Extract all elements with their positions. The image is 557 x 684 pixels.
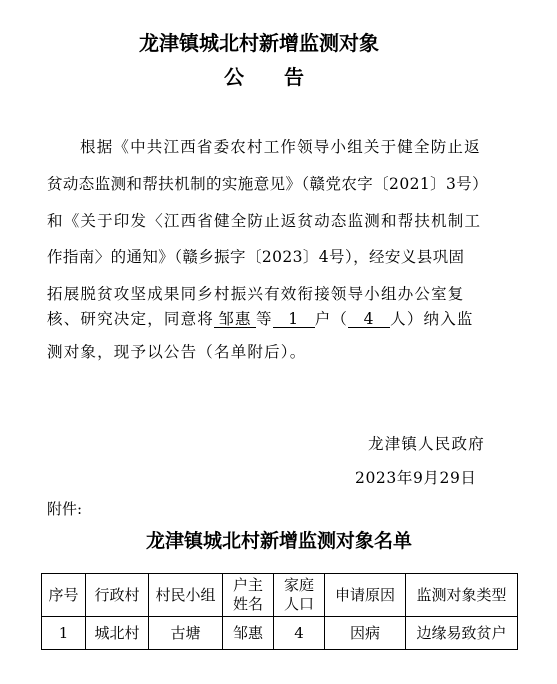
body-line-5: 拓展脱贫攻坚成果同乡村振兴有效衔接领导小组办公室复: [47, 282, 465, 304]
body-line-2: 贫动态监测和帮扶机制的实施意见》（赣党农字〔2021〕3号）: [47, 172, 488, 194]
cell-index: 1: [42, 617, 86, 650]
line6-suffix: 人）纳入监: [390, 310, 474, 328]
line6-mid2: 户（: [315, 310, 348, 328]
header-reason: 申请原因: [325, 574, 406, 617]
body-line-7: 测对象，现予以公告（名单附后）。: [47, 340, 306, 362]
cell-reason: 因病: [325, 617, 406, 650]
people-count: 4: [348, 311, 390, 328]
header-family-line2: 人口: [274, 595, 324, 614]
line6-prefix: 核、研究决定，同意将: [47, 310, 214, 328]
header-index: 序号: [42, 574, 86, 617]
cell-type: 边缘易致贫户: [406, 617, 518, 650]
notice-subtitle-gong: 公: [224, 61, 244, 90]
cell-village: 城北村: [86, 617, 149, 650]
header-householder: 户主 姓名: [223, 574, 274, 617]
issuer: 龙津镇人民政府: [368, 432, 485, 454]
table-row: 1 城北村 古塘 邹惠 4 因病 边缘易致贫户: [42, 617, 518, 650]
header-family-size: 家庭 人口: [274, 574, 325, 617]
cell-householder: 邹惠: [223, 617, 274, 650]
header-group: 村民小组: [149, 574, 223, 617]
header-householder-line1: 户主: [223, 576, 273, 595]
cell-family-size: 4: [274, 617, 325, 650]
body-line-6: 核、研究决定，同意将邹惠等1户（4人）纳入监: [47, 307, 474, 329]
monitoring-list-table: 序号 行政村 村民小组 户主 姓名 家庭 人口 申请原因 监测对象类型 1 城北…: [41, 573, 518, 650]
issue-date: 2023年9月29日: [355, 466, 477, 488]
body-line-3: 和《关于印发〈江西省健全防止返贫动态监测和帮扶机制工: [47, 209, 481, 231]
body-line-1: 根据《中共江西省委农村工作领导小组关于健全防止返: [80, 135, 481, 157]
notice-title: 龙津镇城北村新增监测对象: [139, 27, 379, 56]
body-line-4: 作指南〉的通知》（赣乡振字〔2023〕4号），经安义县巩固: [47, 245, 464, 267]
attachment-label: 附件:: [47, 498, 82, 519]
table-header-row: 序号 行政村 村民小组 户主 姓名 家庭 人口 申请原因 监测对象类型: [42, 574, 518, 617]
header-type: 监测对象类型: [406, 574, 518, 617]
notice-subtitle-gao: 告: [284, 61, 304, 90]
header-householder-line2: 姓名: [223, 595, 273, 614]
attachment-title: 龙津镇城北村新增监测对象名单: [146, 526, 412, 553]
household-count: 1: [273, 311, 315, 328]
cell-group: 古塘: [149, 617, 223, 650]
household-head-name: 邹惠: [214, 311, 256, 328]
header-village: 行政村: [86, 574, 149, 617]
header-family-line1: 家庭: [274, 576, 324, 595]
line6-mid1: 等: [256, 310, 273, 328]
